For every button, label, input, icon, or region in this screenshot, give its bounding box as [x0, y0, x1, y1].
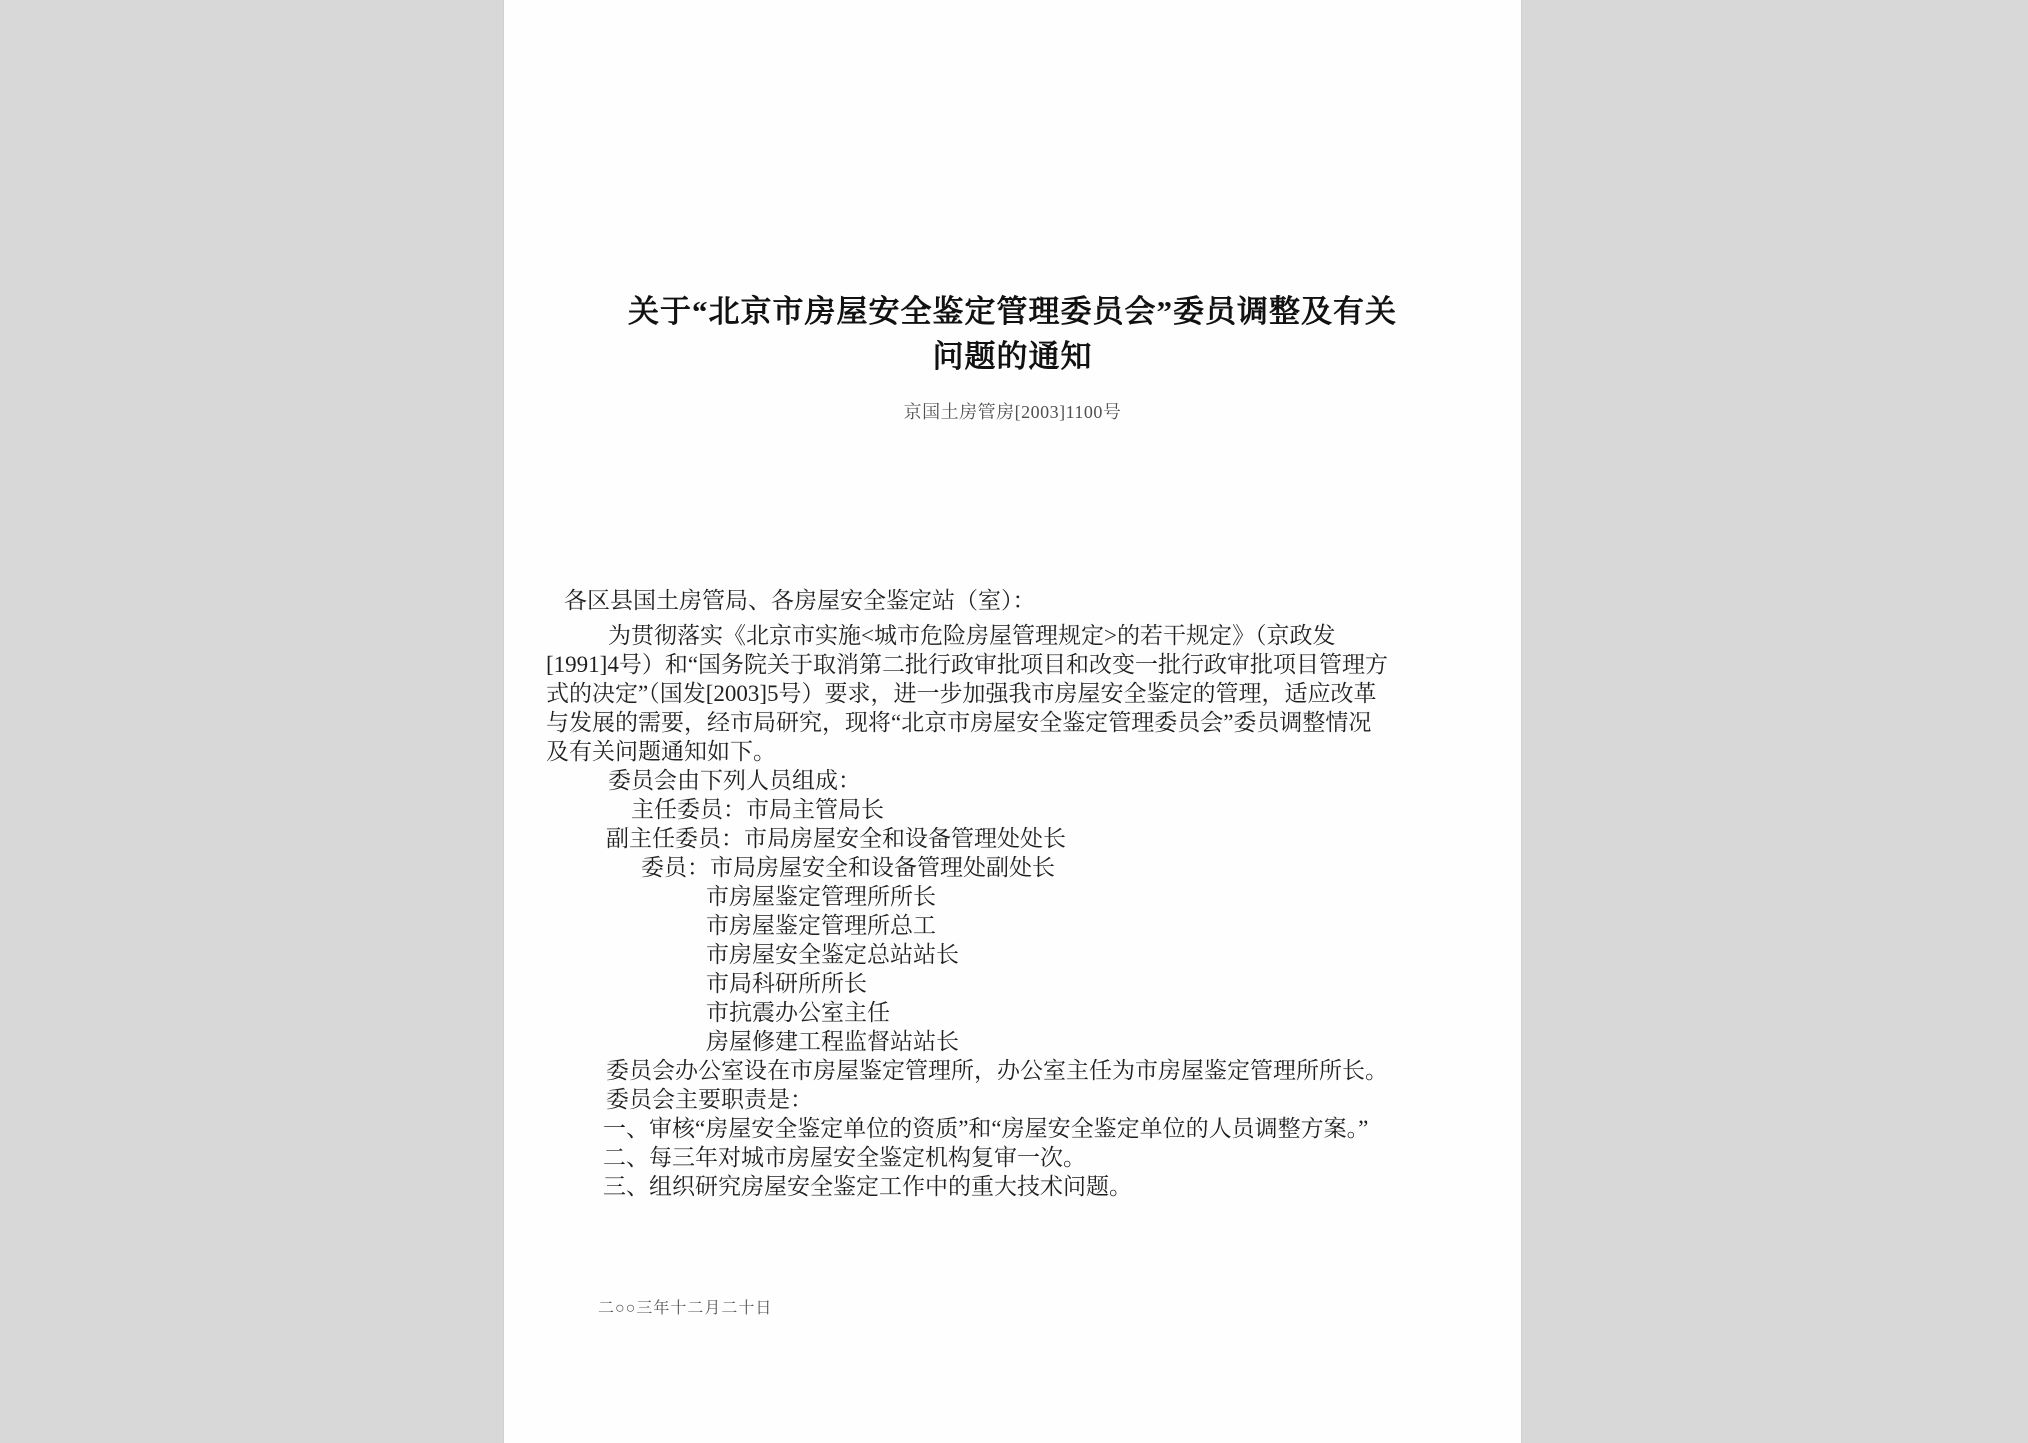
- body-line: 主任委员：市局主管局长: [546, 795, 1481, 824]
- body-line: 与发展的需要，经市局研究，现将“北京市房屋安全鉴定管理委员会”委员调整情况: [546, 708, 1481, 737]
- document-title: 关于“北京市房屋安全鉴定管理委员会”委员调整及有关 问题的通知: [504, 289, 1521, 379]
- body-line: 为贯彻落实《北京市实施<城市危险房屋管理规定>的若干规定》（京政发: [546, 621, 1481, 650]
- page-background: 关于“北京市房屋安全鉴定管理委员会”委员调整及有关 问题的通知 京国土房管房[2…: [0, 0, 2028, 1443]
- body-line: 二、每三年对城市房屋安全鉴定机构复审一次。: [546, 1143, 1481, 1172]
- body-line: 房屋修建工程监督站站长: [546, 1027, 1481, 1056]
- body-line: 市抗震办公室主任: [546, 998, 1481, 1027]
- document-title-line-2: 问题的通知: [504, 334, 1521, 379]
- body-line: 委员：市局房屋安全和设备管理处副处长: [546, 853, 1481, 882]
- body-line: 三、组织研究房屋安全鉴定工作中的重大技术问题。: [546, 1172, 1481, 1201]
- document-date: 二○○三年十二月二十日: [598, 1295, 772, 1318]
- body-line: 及有关问题通知如下。: [546, 737, 1481, 766]
- body-line: 市局科研所所长: [546, 969, 1481, 998]
- document-body: 各区县国土房管局、各房屋安全鉴定站（室）：为贯彻落实《北京市实施<城市危险房屋管…: [546, 586, 1481, 1201]
- document-number: 京国土房管房[2003]1100号: [504, 398, 1521, 424]
- body-line: [1991]4号）和“国务院关于取消第二批行政审批项目和改变一批行政审批项目管理…: [546, 650, 1481, 679]
- body-line: 市房屋鉴定管理所所长: [546, 882, 1481, 911]
- body-line: 市房屋鉴定管理所总工: [546, 911, 1481, 940]
- document-title-line-1: 关于“北京市房屋安全鉴定管理委员会”委员调整及有关: [504, 289, 1521, 334]
- body-line: 委员会由下列人员组成：: [546, 766, 1481, 795]
- body-line: 式的决定”（国发[2003]5号）要求，进一步加强我市房屋安全鉴定的管理，适应改…: [546, 679, 1481, 708]
- body-line: 副主任委员：市局房屋安全和设备管理处处长: [546, 824, 1481, 853]
- body-line: 委员会主要职责是：: [546, 1085, 1481, 1114]
- document-page: 关于“北京市房屋安全鉴定管理委员会”委员调整及有关 问题的通知 京国土房管房[2…: [503, 0, 1522, 1443]
- body-line: 一、审核“房屋安全鉴定单位的资质”和“房屋安全鉴定单位的人员调整方案。”: [546, 1114, 1481, 1143]
- body-line: 委员会办公室设在市房屋鉴定管理所，办公室主任为市房屋鉴定管理所所长。: [546, 1056, 1481, 1085]
- body-line: 各区县国土房管局、各房屋安全鉴定站（室）：: [546, 586, 1481, 615]
- body-line: 市房屋安全鉴定总站站长: [546, 940, 1481, 969]
